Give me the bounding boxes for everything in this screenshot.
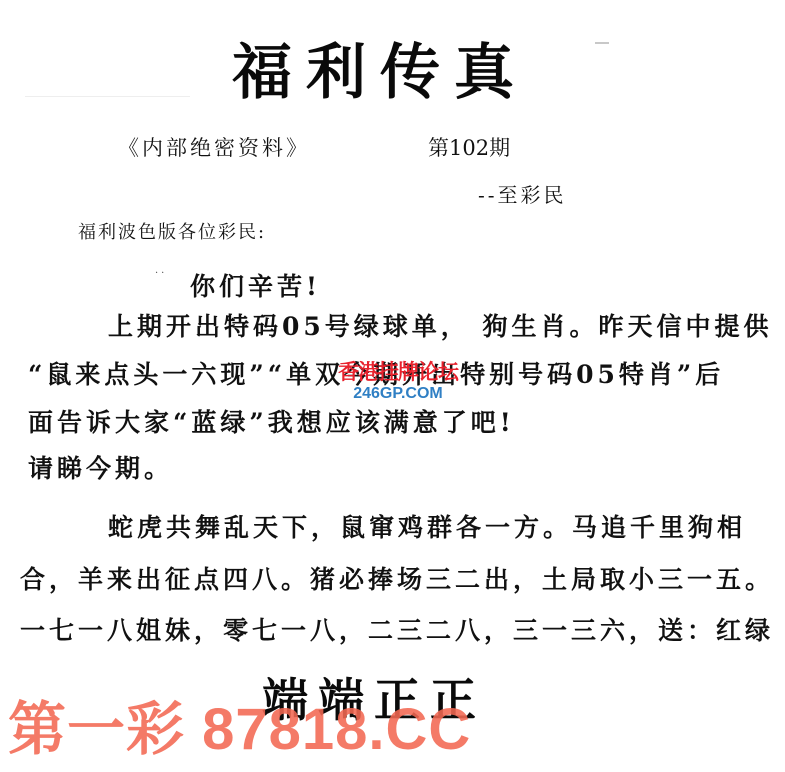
issue-number: 第102期 [428, 134, 510, 162]
body-line: 请睇今期。 [28, 452, 173, 486]
scan-dots: ·· [155, 268, 167, 279]
poem-line: 蛇虎共舞乱天下，鼠窜鸡群各一方。马追千里狗相 [108, 511, 746, 545]
forum-watermark-name: 香港挂牌论坛 [338, 361, 458, 385]
document-subtitle: 《内部绝密资料》 [118, 134, 310, 162]
site-watermark-banner: 第一彩 87818.CC [8, 695, 471, 765]
forum-watermark-url: 246GP.COM [338, 385, 458, 403]
document-title: 福利传真 [232, 38, 528, 108]
scan-artifact [595, 42, 609, 44]
hello-line: 你们辛苦! [190, 270, 321, 304]
body-line: 上期开出特码05号绿球单， 狗生肖。昨天信中提供 [108, 310, 773, 344]
signature: --至彩民 [478, 181, 567, 209]
body-line: 面告诉大家“蓝绿”我想应该满意了吧! [28, 406, 515, 440]
forum-watermark: 香港挂牌论坛 246GP.COM [338, 361, 458, 403]
poem-line: 一七一八姐妹，零七一八，二三二八，三一三六，送：红绿 [20, 614, 774, 648]
poem-line: 合，羊来出征点四八。猪必捧场三二出，土局取小三一五。 [20, 563, 774, 597]
greeting: 福利波色版各位彩民: [78, 220, 266, 246]
scan-artifact [25, 96, 190, 97]
